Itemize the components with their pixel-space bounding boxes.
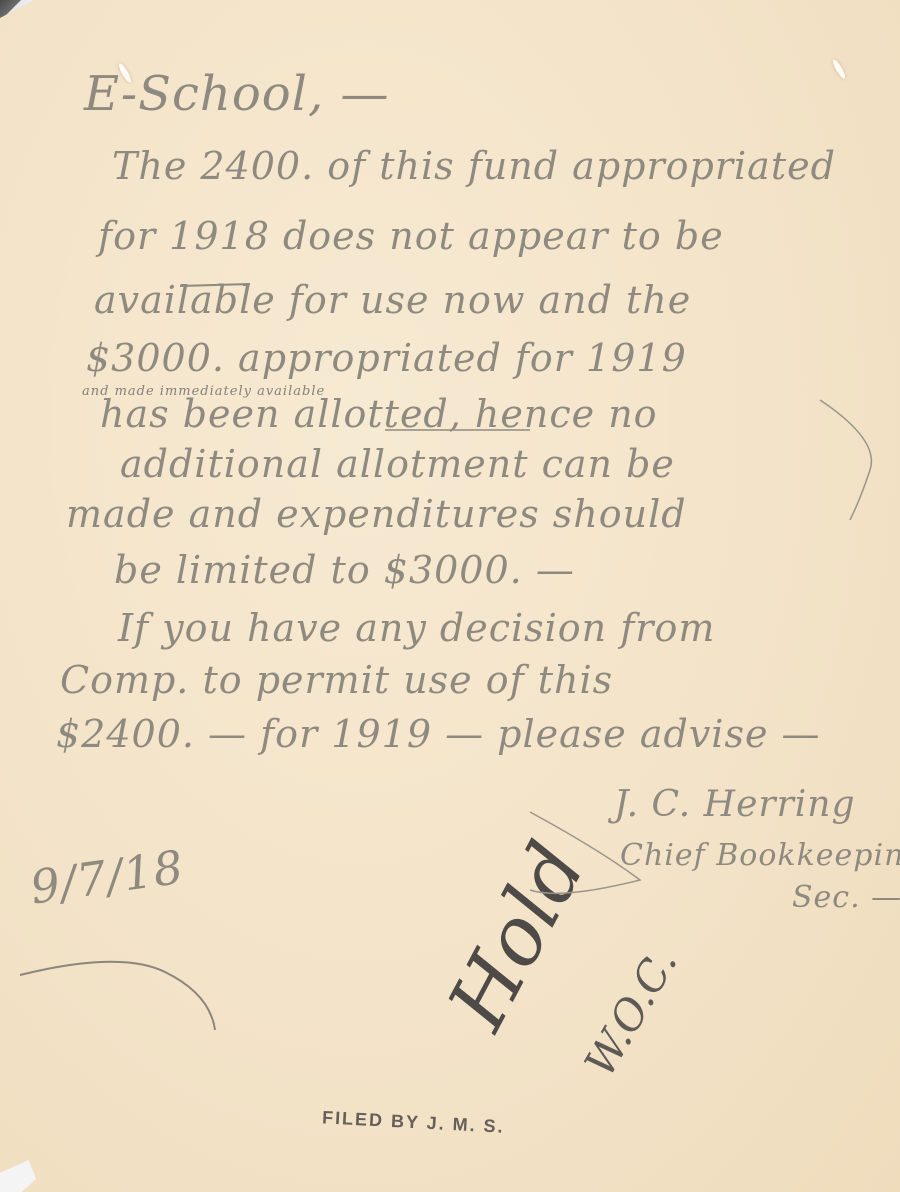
memo-line-2: for 1918 does not appear to be [98,214,724,258]
signature-name: J. C. Herring [614,784,856,825]
memo-line-7: made and expenditures should [66,492,687,536]
memo-line-8: be limited to $3000. — [114,548,575,592]
memo-line-3: available for use now and the [94,278,691,322]
memo-line-1: The 2400. of this fund appropriated [112,144,836,188]
memo-line-4: $3000. appropriated for 1919 [86,336,687,380]
signature-title: Chief Bookkeeping [620,838,900,873]
memo-line-11: $2400. — for 1919 — please advise — [56,712,821,756]
memo-line-6: additional allotment can be [120,442,675,486]
memo-line-5: has been allotted, hence no [100,392,658,436]
memo-line-9: If you have any decision from [118,606,715,650]
signature-dept: Sec. — [792,880,900,915]
memo-heading: E-School, — [84,66,390,122]
memo-line-10: Comp. to permit use of this [60,658,613,702]
